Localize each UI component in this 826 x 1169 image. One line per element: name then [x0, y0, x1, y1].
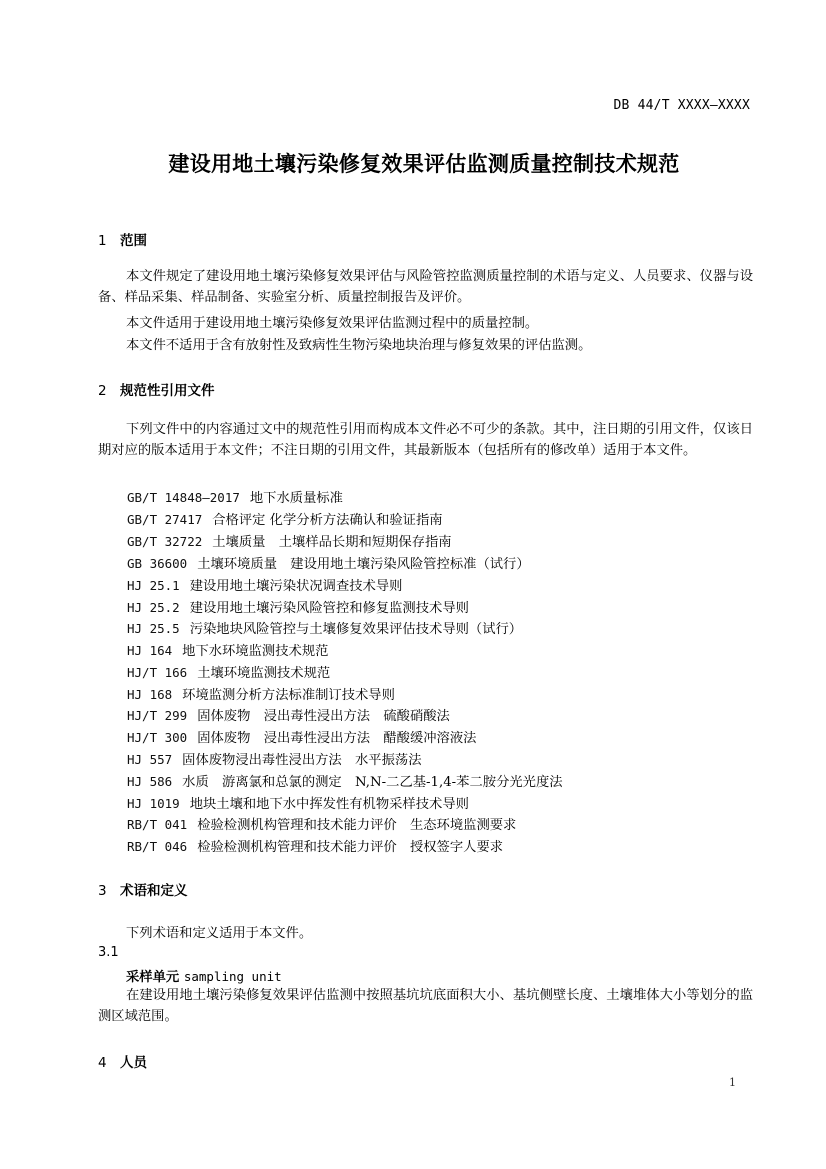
reference-code: HJ 164	[127, 643, 172, 658]
reference-name: 检验检测机构管理和技术能力评价 生态环境监测要求	[197, 818, 516, 833]
reference-code: HJ 25.2	[127, 600, 180, 615]
scope-paragraph-3: 本文件不适用于含有放射性及致病性生物污染地块治理与修复效果的评估监测。	[126, 334, 591, 353]
reference-item: HJ 557固体废物浸出毒性浸出方法 水平振荡法	[127, 749, 422, 768]
reference-code: RB/T 041	[127, 817, 187, 832]
reference-item: HJ 25.5污染地块风险管控与土壤修复效果评估技术导则（试行）	[127, 618, 522, 637]
reference-name: 建设用地土壤污染状况调查技术导则	[190, 579, 403, 594]
reference-item: GB 36600土壤环境质量 建设用地土壤污染风险管控标准（试行）	[127, 553, 530, 572]
reference-name: 地块土壤和地下水中挥发性有机物采样技术导则	[190, 797, 469, 812]
section-heading-terms-definitions: 3术语和定义	[98, 879, 188, 899]
reference-item: RB/T 041检验检测机构管理和技术能力评价 生态环境监测要求	[127, 814, 516, 833]
reference-item: HJ 168环境监测分析方法标准制订技术导则	[127, 684, 395, 703]
section-heading-personnel: 4人员	[98, 1051, 147, 1071]
term-name-cn: 采样单元	[126, 970, 179, 985]
reference-name: 水质 游离氯和总氯的测定 N,N-二乙基-1,4-苯二胺分光光度法	[182, 775, 562, 790]
reference-name: 土壤环境质量 建设用地土壤污染风险管控标准（试行）	[197, 557, 529, 572]
reference-name: 地下水环境监测技术规范	[182, 644, 328, 659]
section-number: 2	[98, 383, 120, 399]
section-title: 术语和定义	[120, 883, 188, 899]
reference-item: HJ 25.1建设用地土壤污染状况调查技术导则	[127, 575, 402, 594]
reference-item: GB/T 32722土壤质量 土壤样品长期和短期保存指南	[127, 531, 452, 550]
reference-name: 土壤环境监测技术规范	[197, 666, 330, 681]
reference-code: HJ 25.5	[127, 621, 180, 636]
term-name-en: sampling unit	[184, 969, 282, 984]
reference-item: HJ 164地下水环境监测技术规范	[127, 640, 328, 659]
reference-name: 环境监测分析方法标准制订技术导则	[182, 688, 395, 703]
section-number: 3	[98, 883, 120, 899]
reference-item: HJ 1019地块土壤和地下水中挥发性有机物采样技术导则	[127, 793, 469, 812]
reference-code: HJ 557	[127, 752, 172, 767]
reference-code: GB/T 27417	[127, 512, 202, 527]
section-title: 范围	[120, 233, 147, 249]
reference-item: HJ/T 166土壤环境监测技术规范	[127, 662, 330, 681]
document-page: DB 44/T XXXX—XXXX 建设用地土壤污染修复效果评估监测质量控制技术…	[0, 0, 826, 1169]
reference-item: HJ/T 300固体废物 浸出毒性浸出方法 醋酸缓冲溶液法	[127, 727, 476, 746]
reference-code: GB/T 32722	[127, 534, 202, 549]
reference-item: HJ 25.2建设用地土壤污染风险管控和修复监测技术导则	[127, 597, 469, 616]
reference-item: HJ 586水质 游离氯和总氯的测定 N,N-二乙基-1,4-苯二胺分光光度法	[127, 771, 563, 790]
reference-name: 合格评定 化学分析方法确认和验证指南	[212, 513, 442, 528]
reference-name: 土壤质量 土壤样品长期和短期保存指南	[212, 535, 451, 550]
scope-paragraph-1: 本文件规定了建设用地土壤污染修复效果评估与风险管控监测质量控制的术语与定义、人员…	[98, 266, 753, 309]
term-number: 3.1	[98, 945, 119, 960]
reference-code: GB/T 14848—2017	[127, 490, 240, 505]
reference-code: GB 36600	[127, 556, 187, 571]
reference-name: 地下水质量标准	[250, 491, 343, 506]
term-definition: 在建设用地土壤污染修复效果评估监测中按照基坑坑底面积大小、基坑侧壁长度、土壤堆体…	[98, 985, 753, 1028]
page-number: 1	[729, 1076, 736, 1089]
reference-name: 建设用地土壤污染风险管控和修复监测技术导则	[190, 601, 469, 616]
reference-code: HJ 586	[127, 774, 172, 789]
section-number: 1	[98, 233, 120, 249]
reference-item: RB/T 046检验检测机构管理和技术能力评价 授权签字人要求	[127, 836, 503, 855]
reference-name: 固体废物 浸出毒性浸出方法 硫酸硝酸法	[197, 709, 450, 724]
scope-paragraph-2: 本文件适用于建设用地土壤污染修复效果评估监测过程中的质量控制。	[126, 312, 538, 331]
section-title: 规范性引用文件	[120, 383, 215, 399]
terms-intro: 下列术语和定义适用于本文件。	[126, 922, 312, 941]
section-number: 4	[98, 1055, 120, 1071]
reference-name: 检验检测机构管理和技术能力评价 授权签字人要求	[197, 840, 503, 855]
document-title: 建设用地土壤污染修复效果评估监测质量控制技术规范	[0, 148, 826, 178]
reference-item: HJ/T 299固体废物 浸出毒性浸出方法 硫酸硝酸法	[127, 705, 450, 724]
reference-name: 污染地块风险管控与土壤修复效果评估技术导则（试行）	[190, 622, 522, 637]
reference-code: RB/T 046	[127, 839, 187, 854]
reference-code: HJ 1019	[127, 796, 180, 811]
reference-item: GB/T 14848—2017地下水质量标准	[127, 487, 343, 506]
standard-code: DB 44/T XXXX—XXXX	[614, 98, 750, 113]
reference-item: GB/T 27417合格评定 化学分析方法确认和验证指南	[127, 509, 443, 528]
reference-code: HJ 168	[127, 687, 172, 702]
section-heading-scope: 1范围	[98, 229, 147, 249]
term-name: 采样单元 sampling unit	[126, 966, 282, 985]
section-title: 人员	[120, 1055, 147, 1071]
reference-code: HJ/T 166	[127, 665, 187, 680]
reference-name: 固体废物浸出毒性浸出方法 水平振荡法	[182, 753, 421, 768]
section-heading-normative-references: 2规范性引用文件	[98, 379, 215, 399]
reference-code: HJ/T 299	[127, 708, 187, 723]
reference-code: HJ/T 300	[127, 730, 187, 745]
reference-code: HJ 25.1	[127, 578, 180, 593]
reference-name: 固体废物 浸出毒性浸出方法 醋酸缓冲溶液法	[197, 731, 476, 746]
references-intro: 下列文件中的内容通过文中的规范性引用而构成本文件必不可少的条款。其中，注日期的引…	[98, 419, 753, 462]
